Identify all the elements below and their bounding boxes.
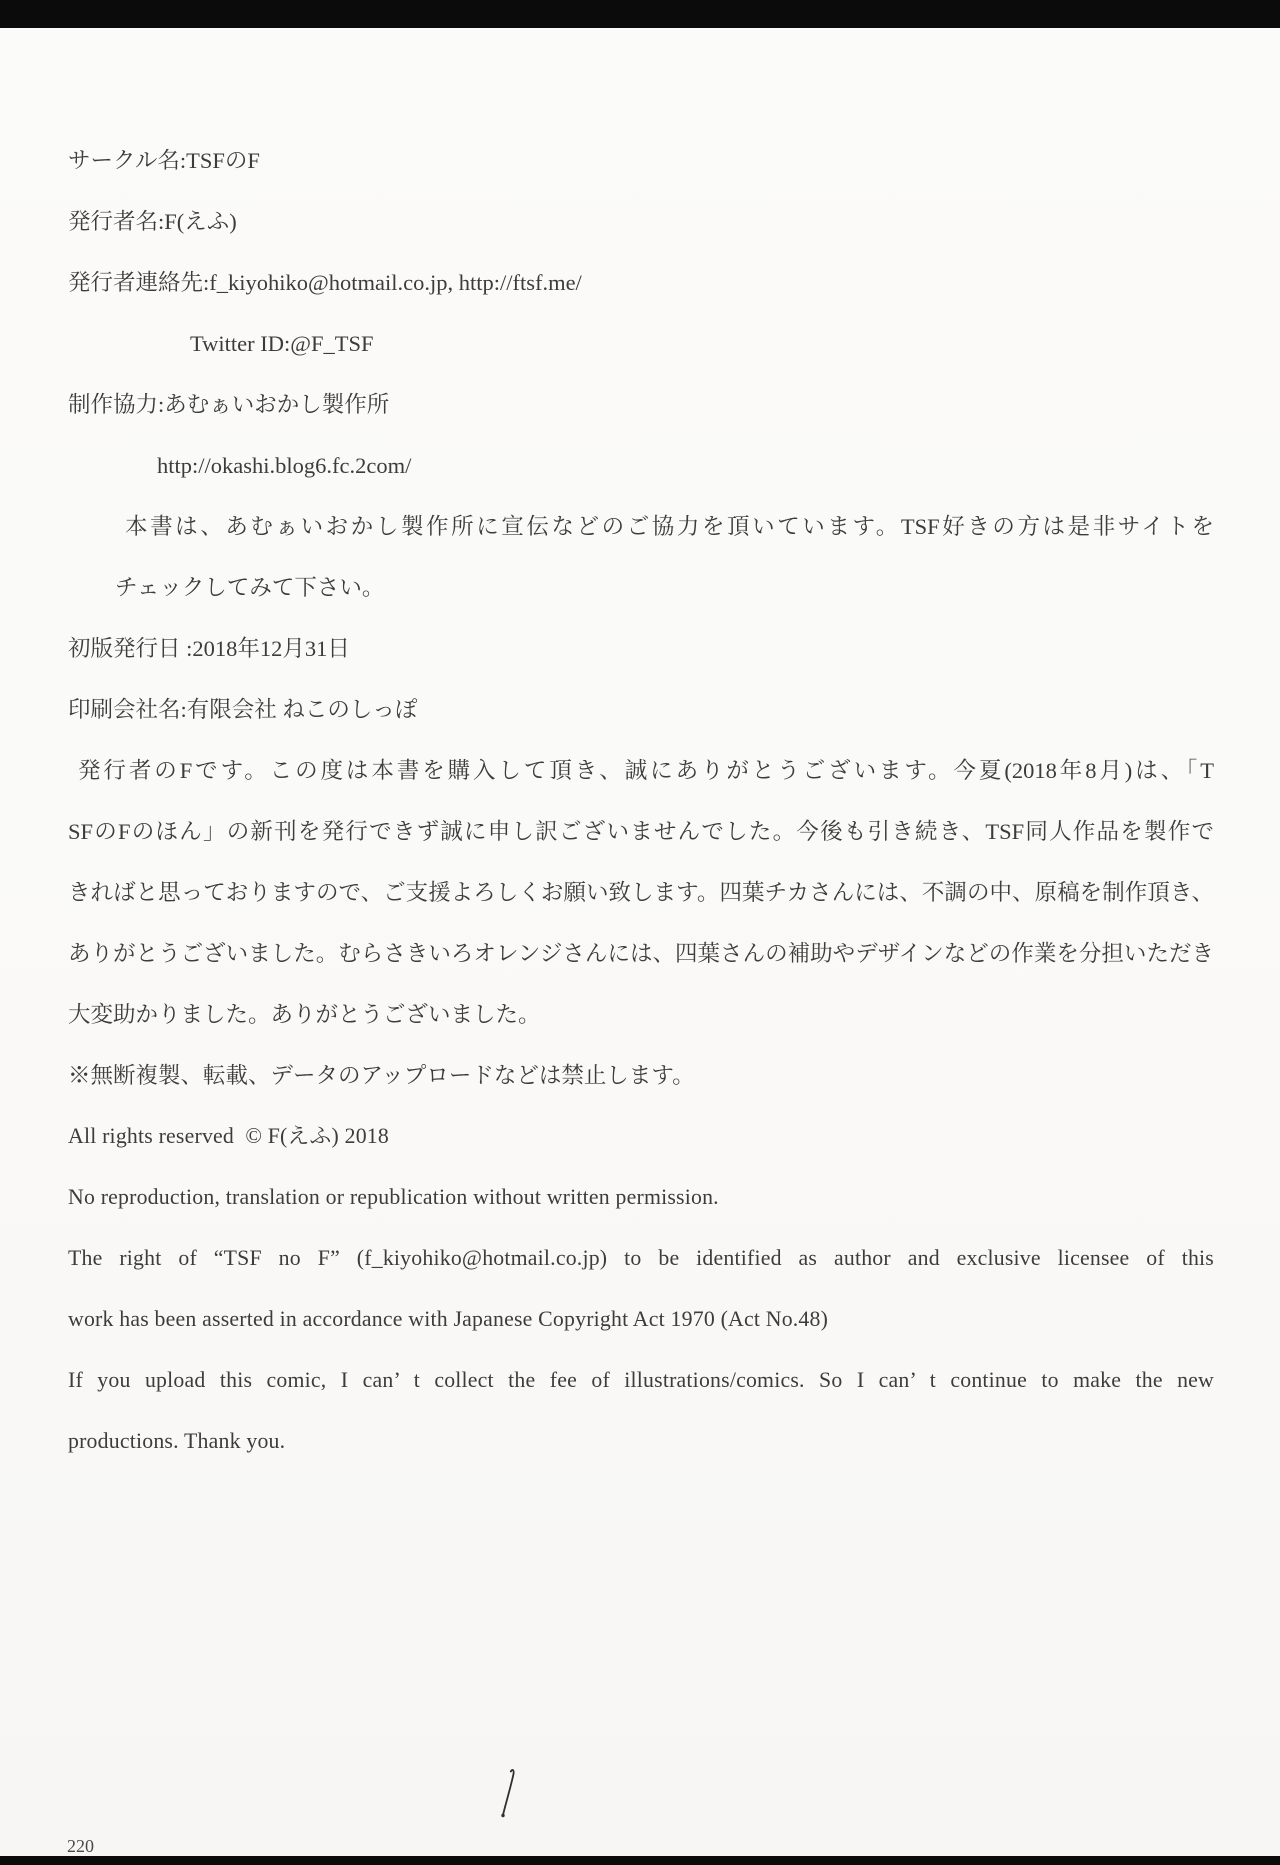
afterword-line-1: 発行者のFです。この度は本書を購入して頂き、誠にありがとうございます。今夏(20… [68,740,1214,801]
production-cooperation-line: 制作協力:あむぁいおかし製作所 [68,374,1214,435]
publisher-name-line: 発行者名:F(えふ) [68,191,1214,252]
twitter-id-line: Twitter ID:@F_TSF [68,313,1214,374]
no-reproduction-line: No reproduction, translation or republic… [68,1167,1214,1228]
top-scan-border [0,0,1280,28]
cooperation-note-line-2: チェックしてみて下さい。 [68,557,1214,618]
first-edition-date-line: 初版発行日 :2018年12月31日 [68,618,1214,679]
afterword-line-3: きればと思っておりますので、ご支援よろしくお願い致します。四葉チカさんには、不調… [68,862,1214,923]
copyright-claim-line-1: The right of “TSF no F” (f_kiyohiko@hotm… [68,1228,1214,1289]
publisher-contact-line: 発行者連絡先:f_kiyohiko@hotmail.co.jp, http://… [68,252,1214,313]
cooperation-url-line: http://okashi.blog6.fc.2com/ [68,435,1214,496]
scanned-colophon-page: { "page_number": "220", "colophon": { "l… [0,0,1280,1865]
rights-reserved-line: All rights reserved © F(えふ) 2018 [68,1106,1214,1167]
afterword-line-5: 大変助かりました。ありがとうございました。 [68,984,1214,1045]
printing-company-line: 印刷会社名:有限会社 ねこのしっぽ [68,679,1214,740]
bottom-scan-border [0,1856,1280,1865]
afterword-line-4: ありがとうございました。むらさきいろオレンジさんには、四葉さんの補助やデザインな… [68,923,1214,984]
handwritten-pen-stroke-icon [496,1764,522,1818]
page-number: 220 [67,1836,94,1856]
colophon-text-block: サークル名:TSFのF 発行者名:F(えふ) 発行者連絡先:f_kiyohiko… [68,130,1214,1472]
cooperation-note-line-1: 本書は、あむぁいおかし製作所に宣伝などのご協力を頂いています。TSF好きの方は是… [68,496,1214,557]
no-copy-warning-line: ※無断複製、転載、データのアップロードなどは禁止します。 [68,1045,1214,1106]
circle-name-line: サークル名:TSFのF [68,130,1214,191]
copyright-claim-line-2: work has been asserted in accordance wit… [68,1289,1214,1350]
afterword-line-2: SFのFのほん」の新刊を発行できず誠に申し訳ございませんでした。今後も引き続き、… [68,801,1214,862]
upload-warning-line-1: If you upload this comic, I can’ t colle… [68,1350,1214,1411]
upload-warning-line-2: productions. Thank you. [68,1411,1214,1472]
